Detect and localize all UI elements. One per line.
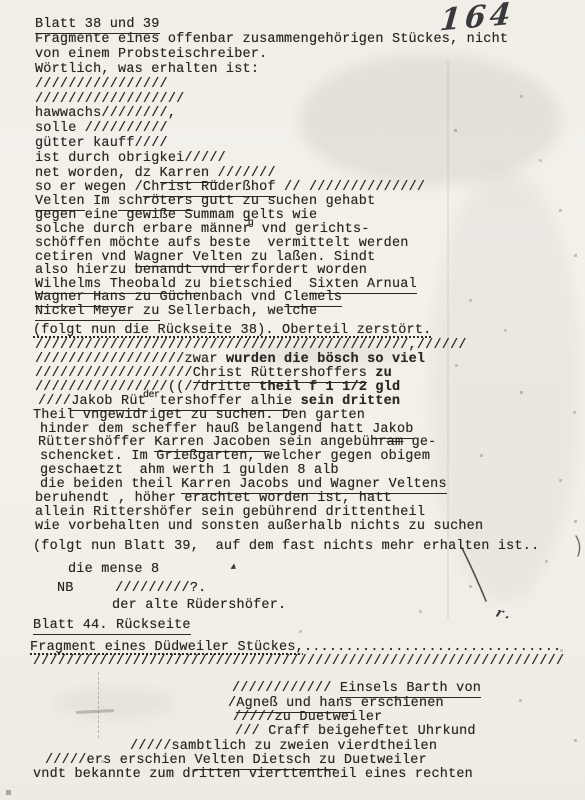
- text-line: Fragment eines Düdweiler Stückes,.......…: [30, 640, 561, 655]
- text-line: (folgt nun Blatt 39, auf dem fast nichts…: [33, 539, 539, 554]
- text-line: /Agneß und hans erschienen: [228, 696, 444, 711]
- paper-smudge: [430, 170, 580, 600]
- text-line: beruhendt , höher erachtet worden ist, h…: [35, 491, 392, 506]
- text-line: (folgt nun die Rückseite 38). Oberteil z…: [33, 323, 431, 338]
- text-line: /////ers erschien Velten Dietsch zu Duet…: [45, 753, 427, 768]
- text-line: /////zu Duetweiler: [233, 710, 382, 725]
- handwritten-scribble: r.: [494, 606, 517, 623]
- scanned-page: Blatt 38 und 39Fragmente eines offenbar …: [0, 0, 585, 800]
- text-line: vndt bekannte zum dritten vierttentheil …: [33, 767, 473, 782]
- text-line: ist durch obrigkei/////: [35, 151, 226, 166]
- text-line: schencket. Im Grießgarten, welcher gegen…: [40, 449, 430, 464]
- text-line: so er wegen /Christ Rüderßhof // ///////…: [35, 180, 425, 195]
- pencil-dash: [76, 709, 114, 714]
- text-line: /////sambtlich zu zweien vierdtheilen: [130, 739, 437, 754]
- text-line: geschaetzt ahm werth 1 gulden 8 alb: [40, 463, 339, 478]
- text-line: ///////////////////Christ Rüttershoffers…: [35, 366, 392, 381]
- paper-smudge: [300, 55, 560, 185]
- text-line: ////////////////////////////////////////…: [35, 338, 467, 353]
- text-line: Rüttershöffer Karren Jacoben sein angebü…: [38, 435, 436, 450]
- text-line: Theil vngewidriget zu suchen. Den garten: [33, 408, 365, 423]
- text-line: allein Rittershöfer sein gebührend dritt…: [35, 505, 425, 520]
- text-line: schöffen möchte aufs beste vermittelt we…: [35, 236, 409, 251]
- text-line: ////////////////((//dritte theil f 1 1/2…: [35, 380, 400, 395]
- text-line: //////////// Einsels Barth von: [232, 681, 481, 696]
- text-line: die mense 8: [68, 562, 159, 577]
- text-line: net worden, dz Karren ///////: [35, 166, 276, 181]
- paper-specks: [0, 0, 1, 1]
- text-line: von einem Probsteischreiber.: [35, 47, 267, 62]
- text-line: ////////////////////////////////////////…: [33, 654, 564, 669]
- text-line: Wagner Hans zu Güchenbach vnd Clemels: [35, 290, 342, 305]
- text-line: wie vorbehalten und sonsten außerhalb ni…: [35, 519, 483, 534]
- fold-mark: [98, 672, 99, 738]
- text-line: Wörtlich, was erhalten ist:: [35, 62, 259, 77]
- text-line: Velten Im schröters gutt zu suchen gehab…: [35, 194, 375, 209]
- text-line: Nickel Meyer zu Sellerbach, welche: [35, 304, 317, 319]
- paper-smudge: [55, 688, 175, 718]
- text-line: Blatt 44. Rückseite: [33, 618, 191, 633]
- text-line: Fragmente eines offenbar zusammengehörig…: [35, 32, 508, 47]
- handwritten-tick: ▴: [230, 559, 242, 572]
- text-line: gütter kauff////: [35, 136, 168, 151]
- text-line: //////////////////zwar wurden die bösch …: [35, 352, 425, 367]
- text-line: NB /////////?.: [57, 581, 206, 596]
- text-line: der alte Rüdershöfer.: [112, 598, 286, 613]
- handwritten-page-number: 164: [439, 0, 516, 38]
- text-line: also hierzu benandt vnd erfordert worden: [35, 263, 367, 278]
- text-line: gegen eine gewiße Summam gelts wie: [35, 208, 317, 223]
- text-line: hawwachs////////,: [35, 106, 176, 121]
- text-line: solle //////////: [35, 121, 168, 136]
- text-line: ////////////////: [35, 77, 168, 92]
- text-line: Blatt 38 und 39: [35, 17, 160, 32]
- text-line: /// Craff beigeheftet Uhrkund: [235, 724, 476, 739]
- text-line: die beiden theil Karren Jacobs und Wagne…: [40, 477, 447, 492]
- text-line: //////////////////: [35, 92, 184, 107]
